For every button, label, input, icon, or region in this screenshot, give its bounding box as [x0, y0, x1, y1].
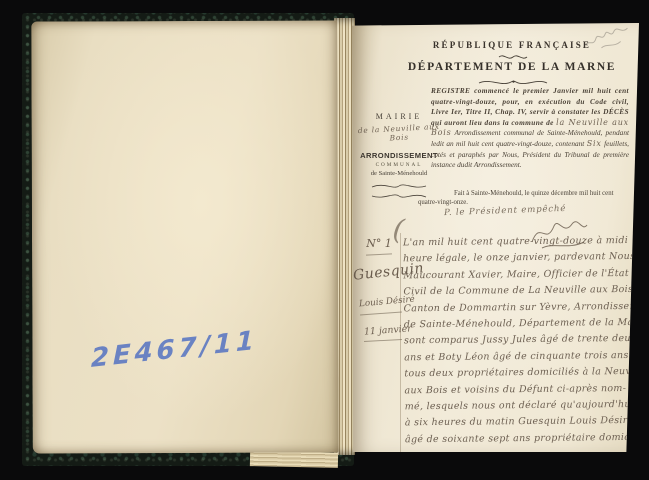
- death-act-handwritten-body: L'an mil huit cent quatre-vingt-douze à …: [403, 233, 639, 449]
- page-stack-bottom-edge: [250, 451, 338, 468]
- margin-underline: [360, 312, 402, 316]
- header-republique: RÉPUBLIQUE FRANÇAISE: [430, 40, 594, 50]
- archival-cote-handwritten: 2E467/11: [91, 322, 290, 374]
- feuillets-count-handwritten: Six: [587, 139, 602, 148]
- header-departement: DÉPARTEMENT DE LA MARNE: [402, 61, 622, 73]
- register-declaration-paragraph: REGISTRE commencé le premier Janvier mil…: [431, 86, 629, 171]
- act-line: âgé de soixante sept ans propriétaire do…: [405, 430, 639, 449]
- right-page: RÉPUBLIQUE FRANÇAISE DÉPARTEMENT DE LA M…: [352, 23, 639, 452]
- archival-scan-viewport[interactable]: 2E467/11 RÉPUBLIQUE FRANÇAISE DÉPARTEMEN…: [0, 0, 649, 480]
- act-line: tous deux propriétaires domiciliés à la …: [404, 364, 639, 383]
- letterhead-sainte-menehould: de Sainte-Ménehould: [354, 170, 444, 177]
- left-page: 2E467/11: [31, 20, 339, 453]
- flourish-ornament-icon: [498, 53, 528, 61]
- act-number-margin: N° 1: [360, 237, 398, 250]
- act-line: Civil de la Commune de La Neuville aux B…: [403, 282, 639, 301]
- margin-underline: [364, 339, 402, 342]
- margin-dash: [366, 253, 392, 255]
